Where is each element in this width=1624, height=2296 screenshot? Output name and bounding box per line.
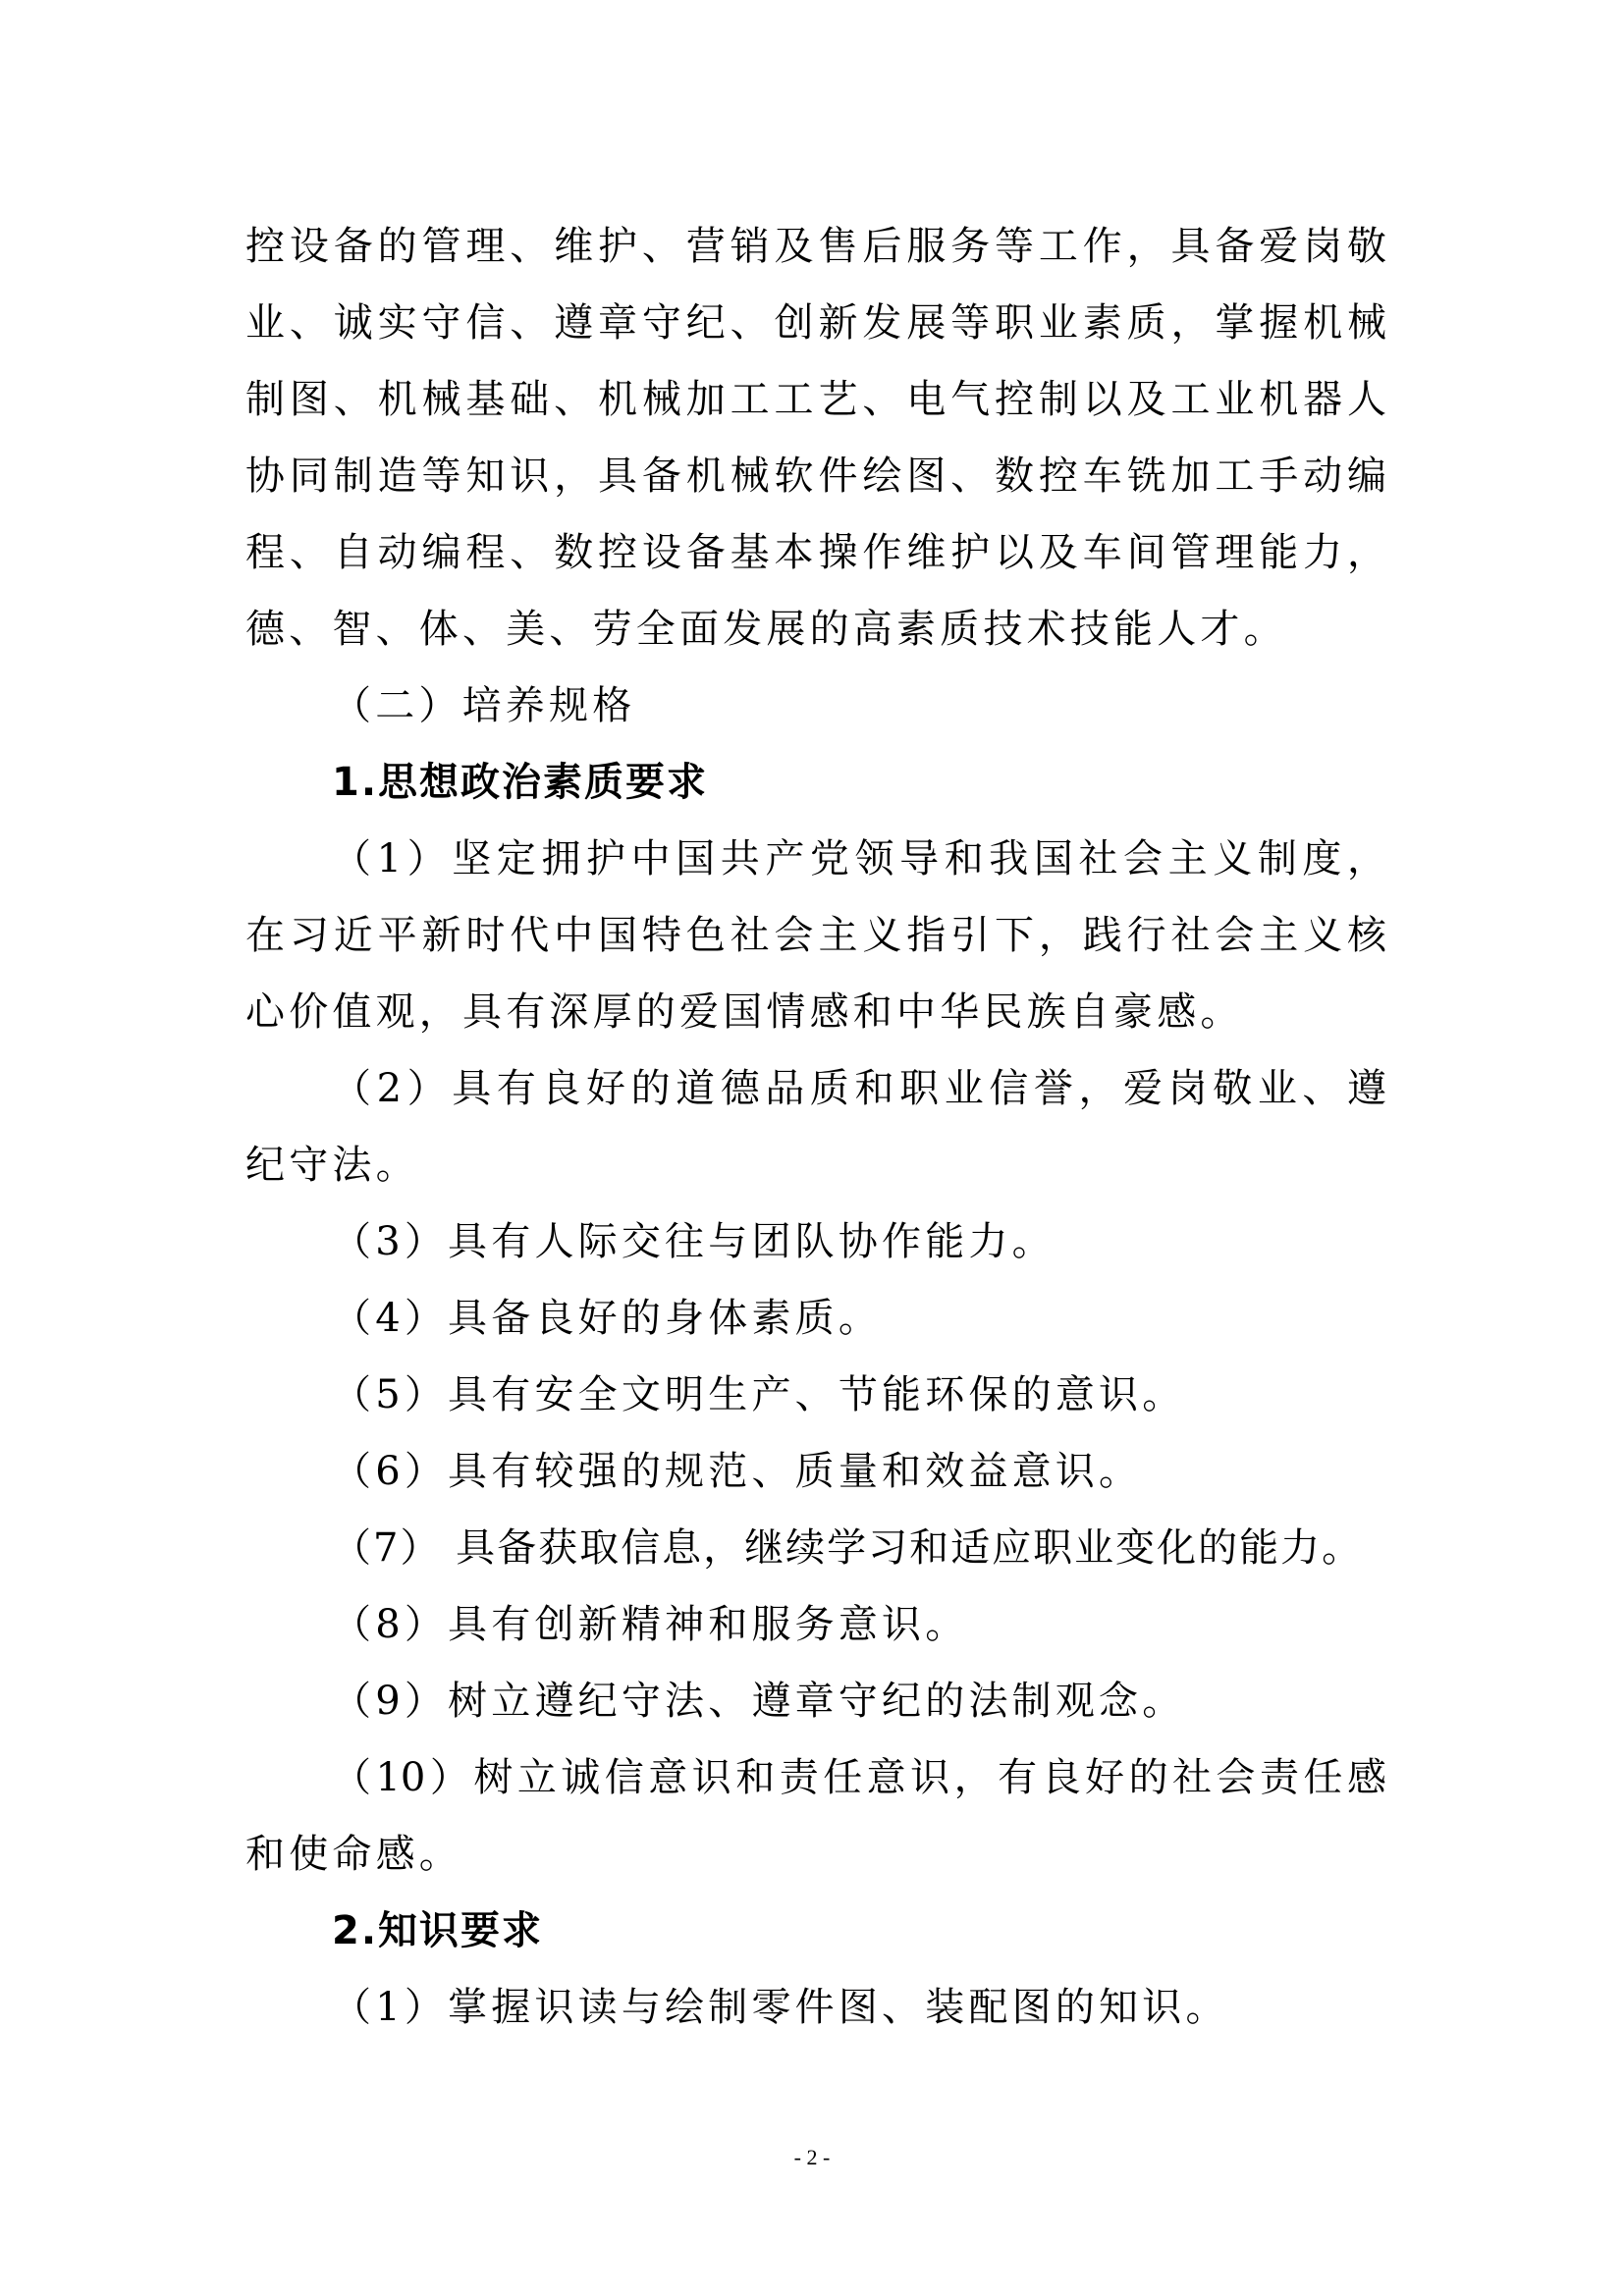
section-heading: （二）培养规格 [245, 667, 1386, 744]
paragraph-line: 和使命感。 [245, 1816, 1386, 1893]
page-content: 控设备的管理、维护、营销及售后服务等工作，具备爱岗敬 业、诚实守信、遵章守纪、创… [245, 208, 1386, 2046]
list-item: （1）坚定拥护中国共产党领导和我国社会主义制度， 在习近平新时代中国特色社会主义… [245, 821, 1386, 1050]
paragraph-line: （2）具有良好的道德品质和职业信誉，爱岗敬业、遵 [245, 1050, 1386, 1127]
list-item: （2）具有良好的道德品质和职业信誉，爱岗敬业、遵 纪守法。 [245, 1050, 1386, 1203]
paragraph-line: （10）树立诚信意识和责任意识，有良好的社会责任感 [245, 1739, 1386, 1816]
paragraph-line: 控设备的管理、维护、营销及售后服务等工作，具备爱岗敬 [245, 208, 1386, 285]
list-item: （1）掌握识读与绘制零件图、装配图的知识。 [245, 1969, 1386, 2046]
paragraph-line: 心价值观，具有深厚的爱国情感和中华民族自豪感。 [245, 974, 1386, 1050]
page-number: - 2 - [0, 2143, 1624, 2172]
list-item: （3）具有人际交往与团队协作能力。 [245, 1203, 1386, 1280]
list-item: （8）具有创新精神和服务意识。 [245, 1586, 1386, 1663]
list-item: （5）具有安全文明生产、节能环保的意识。 [245, 1357, 1386, 1433]
paragraph-line: 协同制造等知识，具备机械软件绘图、数控车铣加工手动编 [245, 438, 1386, 514]
paragraph-line: 在习近平新时代中国特色社会主义指引下，践行社会主义核 [245, 897, 1386, 974]
list-item: （4）具备良好的身体素质。 [245, 1280, 1386, 1357]
list-item: （6）具有较强的规范、质量和效益意识。 [245, 1433, 1386, 1510]
subsection-heading: 1.思想政治素质要求 [245, 744, 1386, 821]
paragraph-line: （1）坚定拥护中国共产党领导和我国社会主义制度， [245, 821, 1386, 897]
document-page: 控设备的管理、维护、营销及售后服务等工作，具备爱岗敬 业、诚实守信、遵章守纪、创… [0, 0, 1624, 2296]
paragraph-line: 程、自动编程、数控设备基本操作维护以及车间管理能力， [245, 514, 1386, 591]
list-item: （10）树立诚信意识和责任意识，有良好的社会责任感 和使命感。 [245, 1739, 1386, 1893]
list-item: （7） 具备获取信息，继续学习和适应职业变化的能力。 [245, 1510, 1386, 1586]
paragraph-line: 制图、机械基础、机械加工工艺、电气控制以及工业机器人 [245, 361, 1386, 438]
paragraph-line: 业、诚实守信、遵章守纪、创新发展等职业素质，掌握机械 [245, 285, 1386, 361]
intro-paragraph: 控设备的管理、维护、营销及售后服务等工作，具备爱岗敬 业、诚实守信、遵章守纪、创… [245, 208, 1386, 667]
list-item: （9）树立遵纪守法、遵章守纪的法制观念。 [245, 1663, 1386, 1739]
subsection-heading: 2.知识要求 [245, 1893, 1386, 1969]
paragraph-line: 纪守法。 [245, 1127, 1386, 1203]
paragraph-line: 德、智、体、美、劳全面发展的高素质技术技能人才。 [245, 591, 1386, 667]
